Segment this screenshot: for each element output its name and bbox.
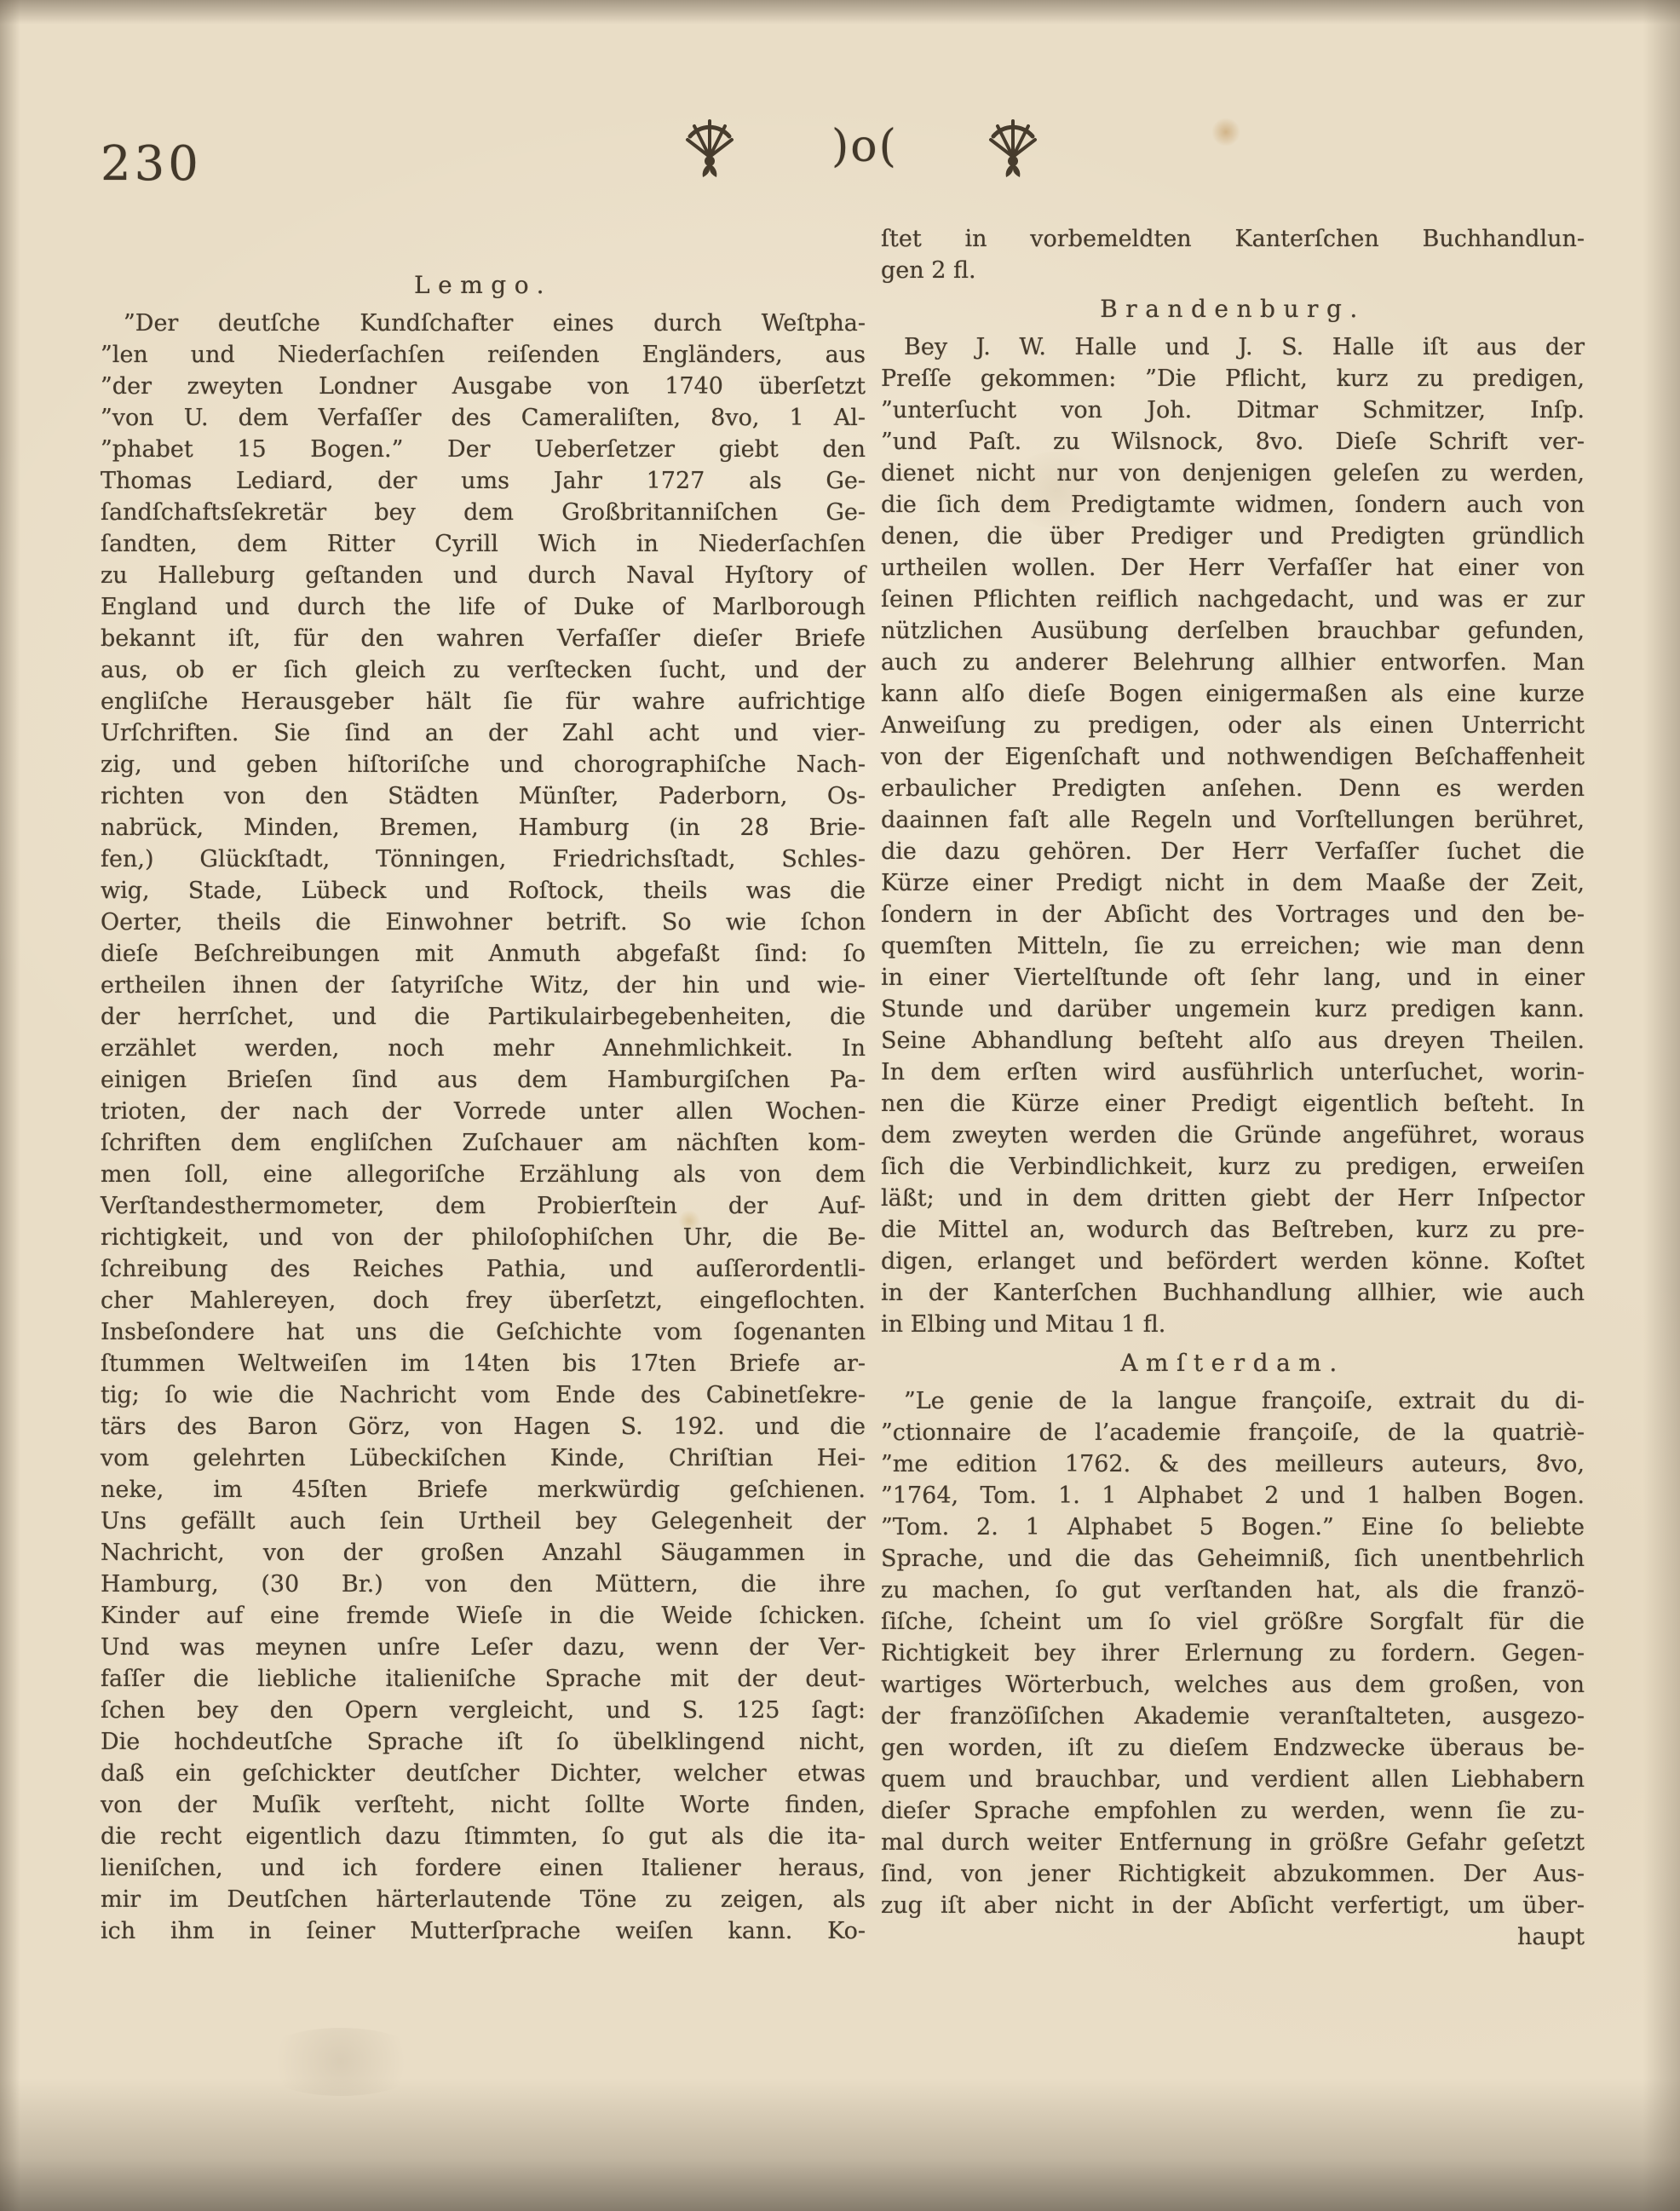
text-line: Und was meynen unſre Leſer dazu, wenn de…	[101, 1632, 866, 1663]
text-line: Bey J. W. Halle und J. S. Halle iſt aus …	[881, 331, 1585, 363]
text-line: nabrück, Minden, Bremen, Hamburg (in 28 …	[101, 812, 866, 844]
text-line: die Mittel an, wodurch das Beſtreben, ku…	[881, 1214, 1585, 1246]
text-line: ”phabet 15 Bogen.” Der Ueberſetzer giebt…	[101, 434, 866, 465]
text-line: nützlichen Ausübung derſelben brauchbar …	[881, 615, 1585, 647]
section-heading: Brandenburg.	[881, 293, 1585, 325]
text-line: erzählet werden, noch mehr Annehmlichkei…	[101, 1033, 866, 1064]
text-line: dieſer Sprache empfohlen zu werden, wenn…	[881, 1795, 1585, 1827]
text-line: ”Der deutſche Kundſchafter eines durch W…	[101, 308, 866, 339]
text-line: die ſich dem Predigtamte widmen, ſondern…	[881, 489, 1585, 521]
text-line: mir im Deutſchen härterlautende Töne zu …	[101, 1884, 866, 1915]
scallop-fleuron-icon	[987, 114, 1039, 187]
text-line: Uns gefällt auch ſein Urtheil bey Gelege…	[101, 1506, 866, 1537]
text-line: ”Tom. 2. 1 Alphabet 5 Bogen.” Eine ſo be…	[881, 1511, 1585, 1543]
text-line: gen worden, iſt zu dieſem Endzwecke über…	[881, 1732, 1585, 1764]
text-line: ſandſchaftsſekretär bey dem Großbritanni…	[101, 497, 866, 528]
page-number: 230	[101, 136, 202, 192]
text-line: von der Eigenſchaft und nothwendigen Beſ…	[881, 741, 1585, 773]
text-line: nen die Kürze einer Predigt eigentlich b…	[881, 1088, 1585, 1120]
text-line: vom gelehrten Lübeckiſchen Kinde, Chriſt…	[101, 1442, 866, 1474]
text-line: richten von den Städten Münſter, Paderbo…	[101, 780, 866, 812]
text-line: ſiſche, ſcheint um ſo viel größre Sorgfa…	[881, 1606, 1585, 1638]
text-line: daß ein geſchickter deutſcher Dichter, w…	[101, 1758, 866, 1789]
text-line: ”1764, Tom. 1. 1 Alphabet 2 und 1 halben…	[881, 1480, 1585, 1511]
text-line: ”der zweyten Londner Ausgabe von 1740 üb…	[101, 371, 866, 402]
text-line: ”Le genie de la langue françoiſe, extrai…	[881, 1385, 1585, 1417]
text-line: erbaulicher Predigten anſehen. Denn es w…	[881, 773, 1585, 804]
text-line: lieniſchen, und ich fordere einen Italie…	[101, 1852, 866, 1884]
text-line: einigen Brieſen ſind aus dem Hamburgiſch…	[101, 1064, 866, 1096]
text-line: ſeinen Pflichten reiflich nachgedacht, u…	[881, 584, 1585, 615]
text-line: in Elbing und Mitau 1 fl.	[881, 1309, 1585, 1340]
text-line: denen, die über Prediger und Predigten g…	[881, 521, 1585, 552]
text-line: Insbeſondere hat uns die Geſchichte vom …	[101, 1316, 866, 1348]
text-line: engliſche Herausgeber hält ſie für wahre…	[101, 686, 866, 717]
text-line: zu Halleburg geſtanden und durch Naval H…	[101, 560, 866, 591]
text-line: Oerter, theils die Einwohner betrift. So…	[101, 907, 866, 938]
text-line: Preſſe gekommen: ”Die Pflicht, kurz zu p…	[881, 363, 1585, 394]
text-line: kann alſo dieſe Bogen einigermaßen als e…	[881, 678, 1585, 710]
text-line: der franzöſiſchen Akademie veranſtaltete…	[881, 1701, 1585, 1732]
text-line: Kinder auf eine fremde Wieſe in die Weid…	[101, 1600, 866, 1632]
text-line: ſich die Verbindlichkeit, kurz zu predig…	[881, 1151, 1585, 1183]
text-line: ”me edition 1762. & des meilleurs auteur…	[881, 1448, 1585, 1480]
text-line: wig, Stade, Lübeck und Roſtock, theils w…	[101, 875, 866, 907]
text-line: zig, und geben hiſtoriſche und chorograp…	[101, 749, 866, 780]
text-line: fen,) Glückſtadt, Tönningen, Friedrichsſ…	[101, 844, 866, 875]
text-line: Sprache, und die das Geheimniß, ſich une…	[881, 1543, 1585, 1575]
text-line: Stunde und darüber ungemein kurz predige…	[881, 993, 1585, 1025]
text-line: die recht eigentlich dazu ſtimmten, ſo g…	[101, 1821, 866, 1852]
catchword: haupt	[881, 1921, 1585, 1953]
text-line: men ſoll, eine allegoriſche Erzählung al…	[101, 1159, 866, 1190]
text-line: Nachricht, von der großen Anzahl Säugamm…	[101, 1537, 866, 1569]
text-line: ſind, von jener Richtigkeit abzukommen. …	[881, 1858, 1585, 1890]
text-line: ſandten, dem Ritter Cyrill Wich in Niede…	[101, 528, 866, 560]
section-heading: Amſterdam.	[881, 1347, 1585, 1379]
paper-stain	[256, 2028, 426, 2096]
text-line: Die hochdeutſche Sprache iſt ſo übelklin…	[101, 1726, 866, 1758]
text-line: Richtigkeit bey ihrer Erlernung zu forde…	[881, 1638, 1585, 1669]
text-line: auch zu anderer Belehrung allhier entwor…	[881, 647, 1585, 678]
text-line: Anweiſung zu predigen, oder als einen Un…	[881, 710, 1585, 741]
text-line: ertheilen ihnen der ſatyriſche Witz, der…	[101, 970, 866, 1001]
text-line: ich ihm in ſeiner Mutterſprache weiſen k…	[101, 1915, 866, 1947]
scallop-fleuron-icon	[683, 114, 736, 187]
text-line: von der Muſik verſteht, nicht ſollte Wor…	[101, 1789, 866, 1821]
text-line: quemſten Mitteln, ſie zu erreichen; wie …	[881, 930, 1585, 962]
text-line: die dazu gehören. Der Herr Verfaſſer ſuc…	[881, 836, 1585, 867]
text-line: ”von U. dem Verfaſſer des Cameraliſten, …	[101, 402, 866, 434]
text-line: wartiges Wörterbuch, welches aus dem gro…	[881, 1669, 1585, 1701]
document-page: 230 )o(	[0, 0, 1680, 2211]
text-line: Verſtandesthermometer, dem Probierſtein …	[101, 1190, 866, 1222]
text-line: digen, erlanget und befördert werden kön…	[881, 1246, 1585, 1277]
text-line: in einer Viertelſtunde oft ſehr lang, un…	[881, 962, 1585, 993]
text-line: ſondern in der Abſicht des Vortrages und…	[881, 899, 1585, 930]
text-line: ſchen bey den Opern vergleicht, und S. 1…	[101, 1695, 866, 1726]
text-line: Urſchriften. Sie ſind an der Zahl acht u…	[101, 717, 866, 749]
text-line: in der Kanterſchen Buchhandlung allhier,…	[881, 1277, 1585, 1309]
text-line: faſſer die liebliche italieniſche Sprach…	[101, 1663, 866, 1695]
text-line: Thomas Lediard, der ums Jahr 1727 als Ge…	[101, 465, 866, 497]
text-line: ”ctionnaire de l’academie françoiſe, de …	[881, 1417, 1585, 1448]
text-line: dienet nicht nur von denjenigen geleſen …	[881, 458, 1585, 489]
text-line: ſtet in vorbemeldten Kanterſchen Buchhan…	[881, 223, 1585, 255]
text-line: mal durch weiter Entfernung in größre Ge…	[881, 1827, 1585, 1858]
text-line: quem und brauchbar, und verdient allen L…	[881, 1764, 1585, 1795]
text-line: ſtummen Weltweiſen im 14ten bis 17ten Br…	[101, 1348, 866, 1379]
text-line: tärs des Baron Görz, von Hagen S. 192. u…	[101, 1411, 866, 1442]
text-line: gen 2 fl.	[881, 255, 1585, 286]
text-line: Kürze einer Predigt nicht in dem Maaße d…	[881, 867, 1585, 899]
text-line: bekannt iſt, für den wahren Verfaſſer di…	[101, 623, 866, 654]
text-line: trioten, der nach der Vorrede unter alle…	[101, 1096, 866, 1127]
signature-mark: )o(	[831, 121, 898, 172]
text-line: ſchriften dem engliſchen Zuſchauer am nä…	[101, 1127, 866, 1159]
text-line: richtigkeit, und von der philoſophiſchen…	[101, 1222, 866, 1253]
text-line: neke, im 45ſten Briefe merkwürdig geſchi…	[101, 1474, 866, 1506]
right-column: ſtet in vorbemeldten Kanterſchen Buchhan…	[881, 223, 1585, 1953]
text-line: ”unterſucht von Joh. Ditmar Schmitzer, I…	[881, 394, 1585, 426]
text-line: ”und Paſt. zu Wilsnock, 8vo. Dieſe Schri…	[881, 426, 1585, 458]
text-line: Seine Abhandlung beſteht alſo aus dreyen…	[881, 1025, 1585, 1057]
text-line: tig; ſo wie die Nachricht vom Ende des C…	[101, 1379, 866, 1411]
text-line: zug iſt aber nicht in der Abſicht verfer…	[881, 1890, 1585, 1921]
text-line: England und durch the life of Duke of Ma…	[101, 591, 866, 623]
left-column: Lemgo. ”Der deutſche Kundſchafter eines …	[101, 262, 866, 1947]
paper-stain	[1211, 118, 1240, 147]
text-line: urtheilen wollen. Der Herr Verfaſſer hat…	[881, 552, 1585, 584]
text-line: cher Mahlereyen, doch frey überſetzt, ei…	[101, 1285, 866, 1316]
text-line: dem zweyten werden die Gründe angeführet…	[881, 1120, 1585, 1151]
text-line: ſchreibung des Reiches Pathia, und auſſe…	[101, 1253, 866, 1285]
text-line: aus, ob er ſich gleich zu verſtecken ſuc…	[101, 654, 866, 686]
text-line: ”len und Niederſachſen reiſenden Engländ…	[101, 339, 866, 371]
text-line: läßt; und in dem dritten giebt der Herr …	[881, 1183, 1585, 1214]
section-heading: Lemgo.	[101, 269, 866, 301]
text-line: Hamburg, (30 Br.) von den Müttern, die i…	[101, 1569, 866, 1600]
text-line: dieſe Beſchreibungen mit Anmuth abgefaßt…	[101, 938, 866, 970]
text-line: zu machen, ſo gut verſtanden hat, als di…	[881, 1575, 1585, 1606]
text-line: der herrſchet, und die Partikulairbegebe…	[101, 1001, 866, 1033]
text-line: daainnen faſt alle Regeln und Vorſtellun…	[881, 804, 1585, 836]
text-line: In dem erſten wird ausführlich unterſuch…	[881, 1057, 1585, 1088]
